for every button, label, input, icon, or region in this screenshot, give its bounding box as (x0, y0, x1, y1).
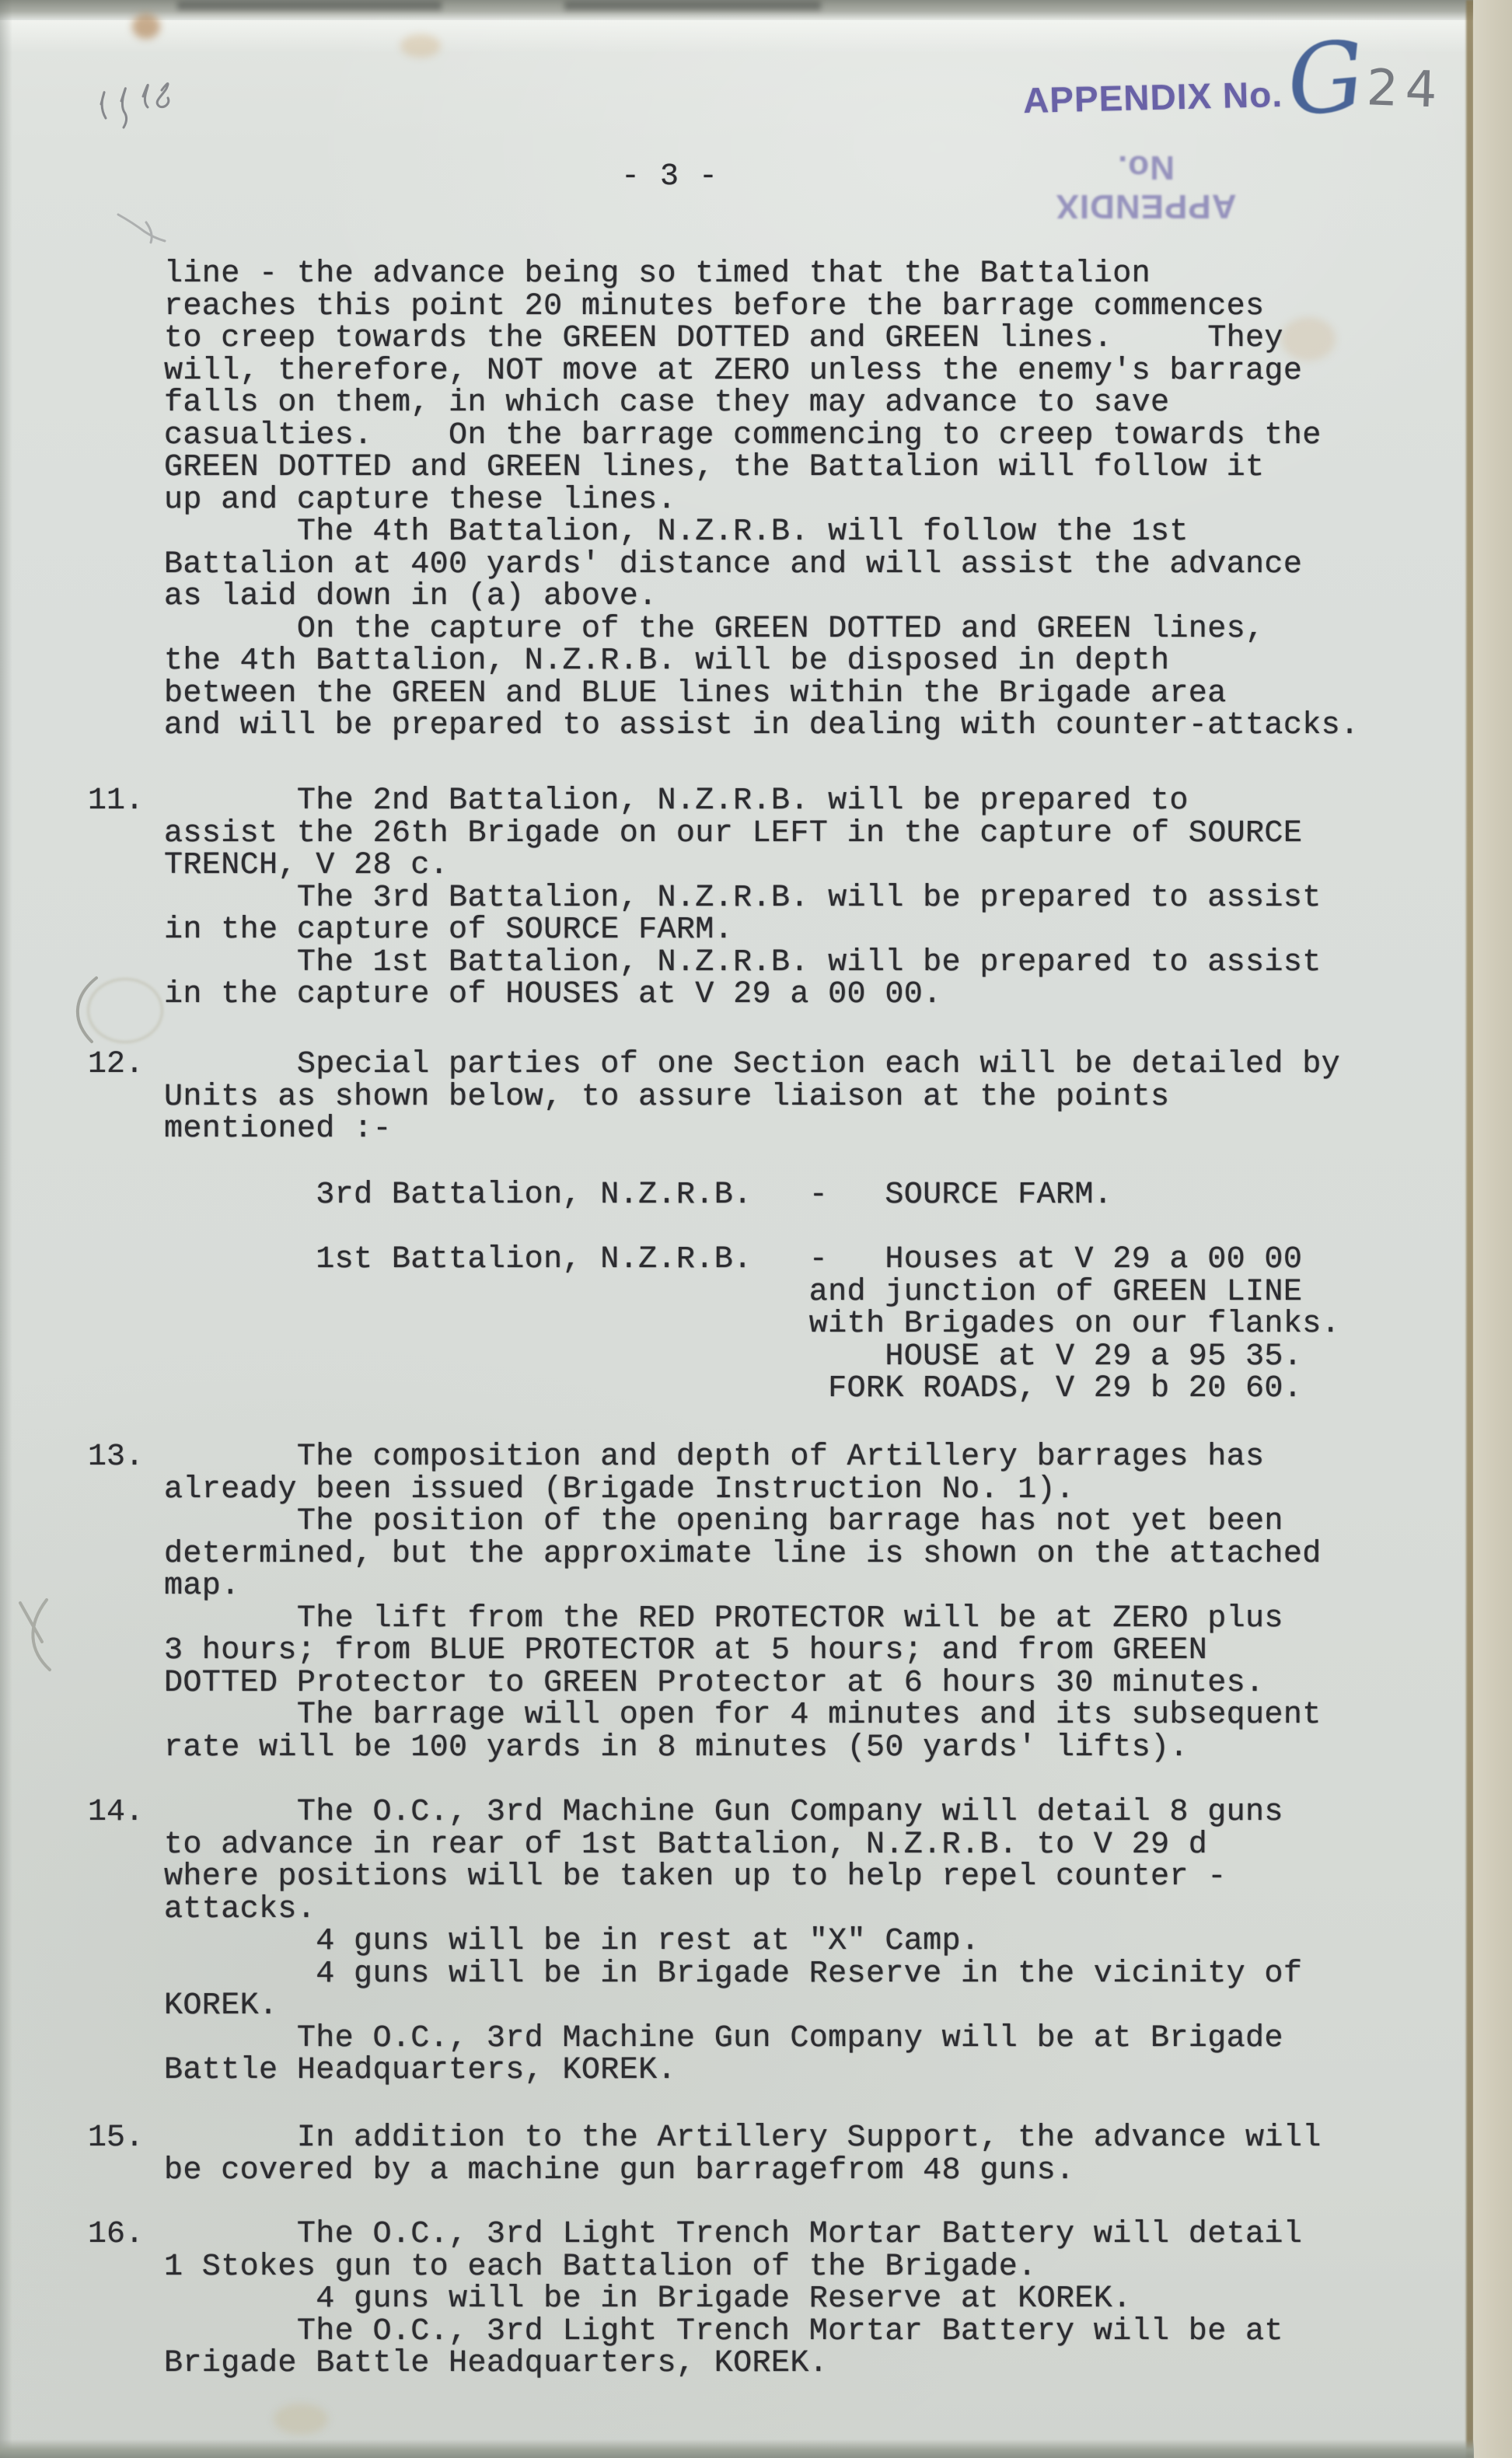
paragraph-number: 11. (88, 785, 144, 818)
adjacent-page-strip (1473, 0, 1512, 2458)
paragraph-block: 14. The O.C., 3rd Machine Gun Company wi… (164, 1796, 1302, 2087)
paragraph-block: 13. The composition and depth of Artille… (164, 1441, 1322, 1764)
paragraph-number: 15. (88, 2122, 144, 2155)
paragraph-block: line - the advance being so timed that t… (164, 258, 1359, 742)
paragraph-text: The 2nd Battalion, N.Z.R.B. will be prep… (164, 785, 1322, 1011)
paragraph-text: In addition to the Artillery Support, th… (164, 2122, 1322, 2187)
paragraph-block: 11. The 2nd Battalion, N.Z.R.B. will be … (164, 785, 1322, 1011)
paragraph-text: The O.C., 3rd Light Trench Mortar Batter… (164, 2219, 1302, 2380)
paragraph-number: 12. (88, 1049, 144, 1081)
margin-pencil-mark (62, 973, 106, 1048)
paragraph-block: 15. In addition to the Artillery Support… (164, 2122, 1322, 2187)
scan-left-shade (0, 0, 12, 2458)
paragraph-block: 16. The O.C., 3rd Light Trench Mortar Ba… (164, 2219, 1302, 2380)
paragraph-text: 3rd Battalion, N.Z.R.B. - SOURCE FARM. 1… (164, 1179, 1340, 1405)
paragraph-number: 13. (88, 1441, 144, 1474)
paragraph-text: The composition and depth of Artillery b… (164, 1441, 1322, 1764)
paragraph-number: 14. (88, 1796, 144, 1829)
paragraph-number: 16. (88, 2219, 144, 2251)
stain (132, 14, 160, 39)
document-page: - 3 - APPENDIX No. G 24 APPENDIX No. lin… (0, 0, 1512, 2458)
typed-text-body: line - the advance being so timed that t… (164, 0, 1408, 2458)
paragraph-text: line - the advance being so timed that t… (164, 258, 1359, 742)
margin-pencil-mark (8, 1594, 70, 1679)
paragraph-block: 3rd Battalion, N.Z.R.B. - SOURCE FARM. 1… (164, 1179, 1340, 1405)
paragraph-block: 12. Special parties of one Section each … (164, 1049, 1340, 1146)
paragraph-text: Special parties of one Section each will… (164, 1049, 1340, 1146)
paragraph-text: The O.C., 3rd Machine Gun Company will d… (164, 1796, 1302, 2087)
